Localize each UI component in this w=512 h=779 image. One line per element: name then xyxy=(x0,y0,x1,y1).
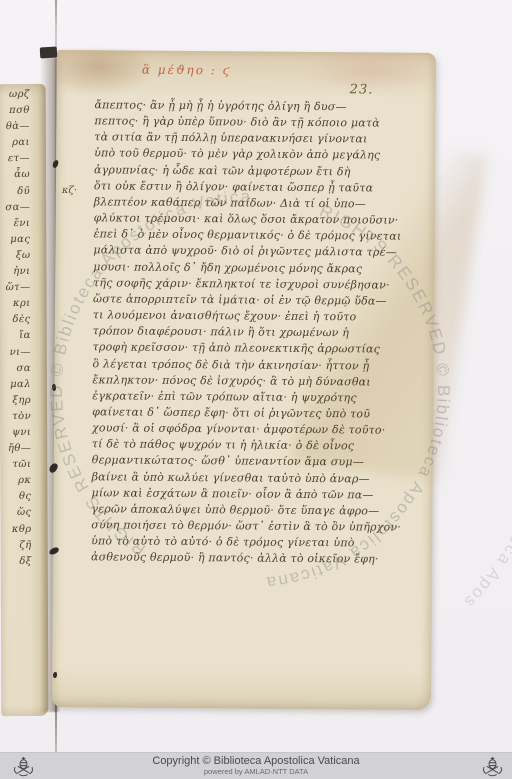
facing-page-fragment: σα xyxy=(0,361,31,377)
manuscript-text-line: μουσι· πολλοῖς δ᾽ ἤδη χρωμένοις μόνης ἄκ… xyxy=(93,259,345,277)
manuscript-text-line: τῆς σοφῆς χάριν· ἔκπληκτοί τε ἰσχυροὶ συ… xyxy=(93,275,345,293)
facing-page-fragment: θὰ— xyxy=(0,119,30,135)
manuscript-text-line: πεπτος· ἢ γὰρ ὑπὲρ ὕπνου· διὸ ἂν τῇ κόπο… xyxy=(94,113,346,131)
facing-page-fragment: δῦ xyxy=(0,184,30,200)
manuscript-text-line: βλεπτέον καθάπερ τῶν παίδων· Διὰ τί οἱ ὑ… xyxy=(94,194,346,212)
facing-page-fragment: τῶι xyxy=(0,457,31,473)
manuscript-text-line: ἐγκρατεῖν· ἐπὶ τῶν τρόπων αἴτια· ἡ ψυχρό… xyxy=(92,388,344,406)
manuscript-text-line: ὅτι οὐκ ἔστιν ἢ ὀλίγον· φαίνεται ὥσπερ ᾖ… xyxy=(94,178,346,196)
facing-page-fragment: δξ xyxy=(1,554,32,567)
facing-page-fragment: ὥς xyxy=(0,505,31,521)
manuscript-text-line: ὑπὸ τὸ αὐτὸ τὸ αὐτό· ὁ δὲ τρόμος γίνεται… xyxy=(91,534,343,552)
manuscript-text-line: φαίνεται δ᾽ ὥσπερ ἔφη· ὅτι οἱ ῥιγῶντες ὑ… xyxy=(92,404,344,422)
manuscript-text-line: ἀγρυπνίας· ἡ ὧδε καὶ τῶν ἀμφοτέρων ἔτι δ… xyxy=(94,162,346,180)
facing-page-fragment: ὥτ— xyxy=(0,280,31,296)
facing-page-fragment: ετ— xyxy=(0,151,30,167)
manuscript-text-line: τροφὴ κρεῖσσον· τῇ ἀπὸ πλεονεκτικῆς ἀρρω… xyxy=(93,340,345,358)
marginal-note: κζ· xyxy=(62,185,77,196)
facing-page-fragment: ζῆ xyxy=(1,538,32,554)
facing-page-fragment: ἤθ— xyxy=(0,441,31,457)
facing-page-fragment: πσθ xyxy=(0,103,30,119)
footer-powered-by-text: powered by AMLAD·NTT DATA xyxy=(204,768,308,776)
vatican-library-emblem-icon xyxy=(12,755,35,778)
facing-page-fragment: ωρζ xyxy=(0,87,30,103)
manuscript-text-line: βαίνει ἃ ὑπὸ κωλύει γίνεσθαι ταὐτὸ ὑπὸ ἀ… xyxy=(92,469,344,487)
manuscript-page[interactable]: ἃ μέϑηο : ϛ 23. κζ· ἄπεπτος· ἂν ᾖ μὴ ᾖ ἡ… xyxy=(52,50,436,710)
facing-page-fragment: σα— xyxy=(0,200,30,216)
manuscript-text-line: γερῶν ἀποκαλύψει ὑπὸ θερμοῦ· ὅτε ὕπαγε ἀ… xyxy=(91,501,343,519)
manuscript-text-line: ἀσθενοῦς θερμοῦ· ἢ παντός· ἀλλὰ τὸ οἰκεῖ… xyxy=(91,550,343,568)
facing-page-fragment: κρι xyxy=(0,296,31,312)
manuscript-text-line: φλύκτοι τρέμουσι· καὶ ὅλως ὅσοι ἄκρατον … xyxy=(94,210,346,228)
facing-page-fragment: ψνι xyxy=(0,425,31,441)
watermark-edge-fragment: Biblioteca Apos xyxy=(459,477,512,613)
scanned-manuscript-view: ωρζπσθθὰ—ραιετ—ἆωδῦσα—ἔνιμαςξωἡνιὥτ—κριδ… xyxy=(0,0,512,779)
facing-page-fragment: ἆω xyxy=(0,167,30,183)
facing-page-fragment: ἡνι xyxy=(0,264,30,280)
parchment-stain xyxy=(52,667,431,710)
rubric-heading: ἃ μέϑηο : ϛ xyxy=(142,63,232,78)
facing-page-fragment: θς xyxy=(0,489,31,505)
facing-page-fragment: μας xyxy=(0,232,30,248)
facing-page-fragment: ρκ xyxy=(0,473,31,489)
facing-page-fragment: μαλ xyxy=(0,377,31,393)
manuscript-text-line: ὥστε ἀπορριπτεῖν τὰ ἱμάτια· οἱ ἐν τῷ θερ… xyxy=(93,291,345,309)
facing-page-fragment: νι— xyxy=(0,344,31,360)
manuscript-text-line: τρόπον διαφέρουσι· πάλιν ἢ ὅτι χρωμένων … xyxy=(93,323,345,341)
manuscript-text-line: τί δὲ τὸ πάθος ψυχρόν τι ἡ ἡλικία· ὁ δὲ … xyxy=(92,437,344,455)
vatican-library-emblem-icon xyxy=(481,755,504,778)
digitization-footer: Copyright © Biblioteca Apostolica Vatica… xyxy=(0,752,512,779)
folio-number: 23. xyxy=(350,82,374,97)
facing-page-fragment: τὸν xyxy=(0,409,31,425)
footer-copyright-text: Copyright © Biblioteca Apostolica Vatica… xyxy=(152,755,359,767)
manuscript-text-line: θερμαντικώτατος· ὥσθ᾽ ὑπεναντίον ἅμα συμ… xyxy=(92,453,344,471)
facing-page-fragment: ξω xyxy=(0,248,30,264)
svg-text:Biblioteca Apos: Biblioteca Apos xyxy=(459,477,512,613)
manuscript-text-line: ὃ λέγεται τρόπος δὲ διὰ τὴν ἀκινησίαν· ἧ… xyxy=(92,356,344,374)
facing-page-fragment: ραι xyxy=(0,135,30,151)
manuscript-text-line: ἐπεὶ δ᾽ ὁ μὲν οἶνος θερμαντικός· ὁ δὲ τρ… xyxy=(93,227,345,245)
manuscript-text-line: τι λουόμενοι ἀναισθήτως ἔχουν· ἐπεὶ ἡ το… xyxy=(93,307,345,325)
manuscript-text-line: τὰ σιτία ἂν τῇ πόλλῃ ὑπερανακινήσει γίνο… xyxy=(94,130,346,148)
manuscript-text-line: μίων καὶ ἐσχάτων ἃ ποιεῖν· οἷον ἃ ἀπὸ τῶ… xyxy=(91,485,343,503)
manuscript-text-line: ἔκπληκτον· πόνος δὲ ἰσχυρός· ἃ τὸ μὴ δύν… xyxy=(92,372,344,390)
manuscript-text-line: χουσί· ἃ οἱ σφόδρα γίνονται· ἀμφοτέρων δ… xyxy=(92,420,344,438)
facing-page-fragment: ἴα xyxy=(0,328,31,344)
facing-page-fragment: δὲς xyxy=(0,312,31,328)
facing-page-text-fragments: ωρζπσθθὰ—ραιετ—ἆωδῦσα—ἔνιμαςξωἡνιὥτ—κριδ… xyxy=(0,87,35,567)
facing-page-fragment: ξηρ xyxy=(0,393,31,409)
manuscript-text-line: μάλιστα ἀπὸ ψυχροῦ· διὸ οἱ ῥιγῶντες μάλι… xyxy=(93,243,345,261)
manuscript-text-line: ἄπεπτος· ἂν ᾖ μὴ ᾖ ἡ ὑγρότης ὀλίγη ἢ δυσ… xyxy=(95,97,347,115)
binding-clip xyxy=(40,47,58,59)
manuscript-text-block: ἄπεπτος· ἂν ᾖ μὴ ᾖ ἡ ὑγρότης ὀλίγη ἢ δυσ… xyxy=(91,97,347,567)
facing-page-fragment: ἔνι xyxy=(0,216,30,232)
manuscript-text-line: σύνη ποιήσει τὸ θερμόν· ὥστ᾽ ἐστὶν ἃ τὸ … xyxy=(91,517,343,535)
facing-page-fragment: κθρ xyxy=(1,521,32,537)
manuscript-text-line: ὑπὸ τοῦ θερμοῦ· τὸ μὲν γὰρ χολικὸν ἀπὸ μ… xyxy=(94,146,346,164)
